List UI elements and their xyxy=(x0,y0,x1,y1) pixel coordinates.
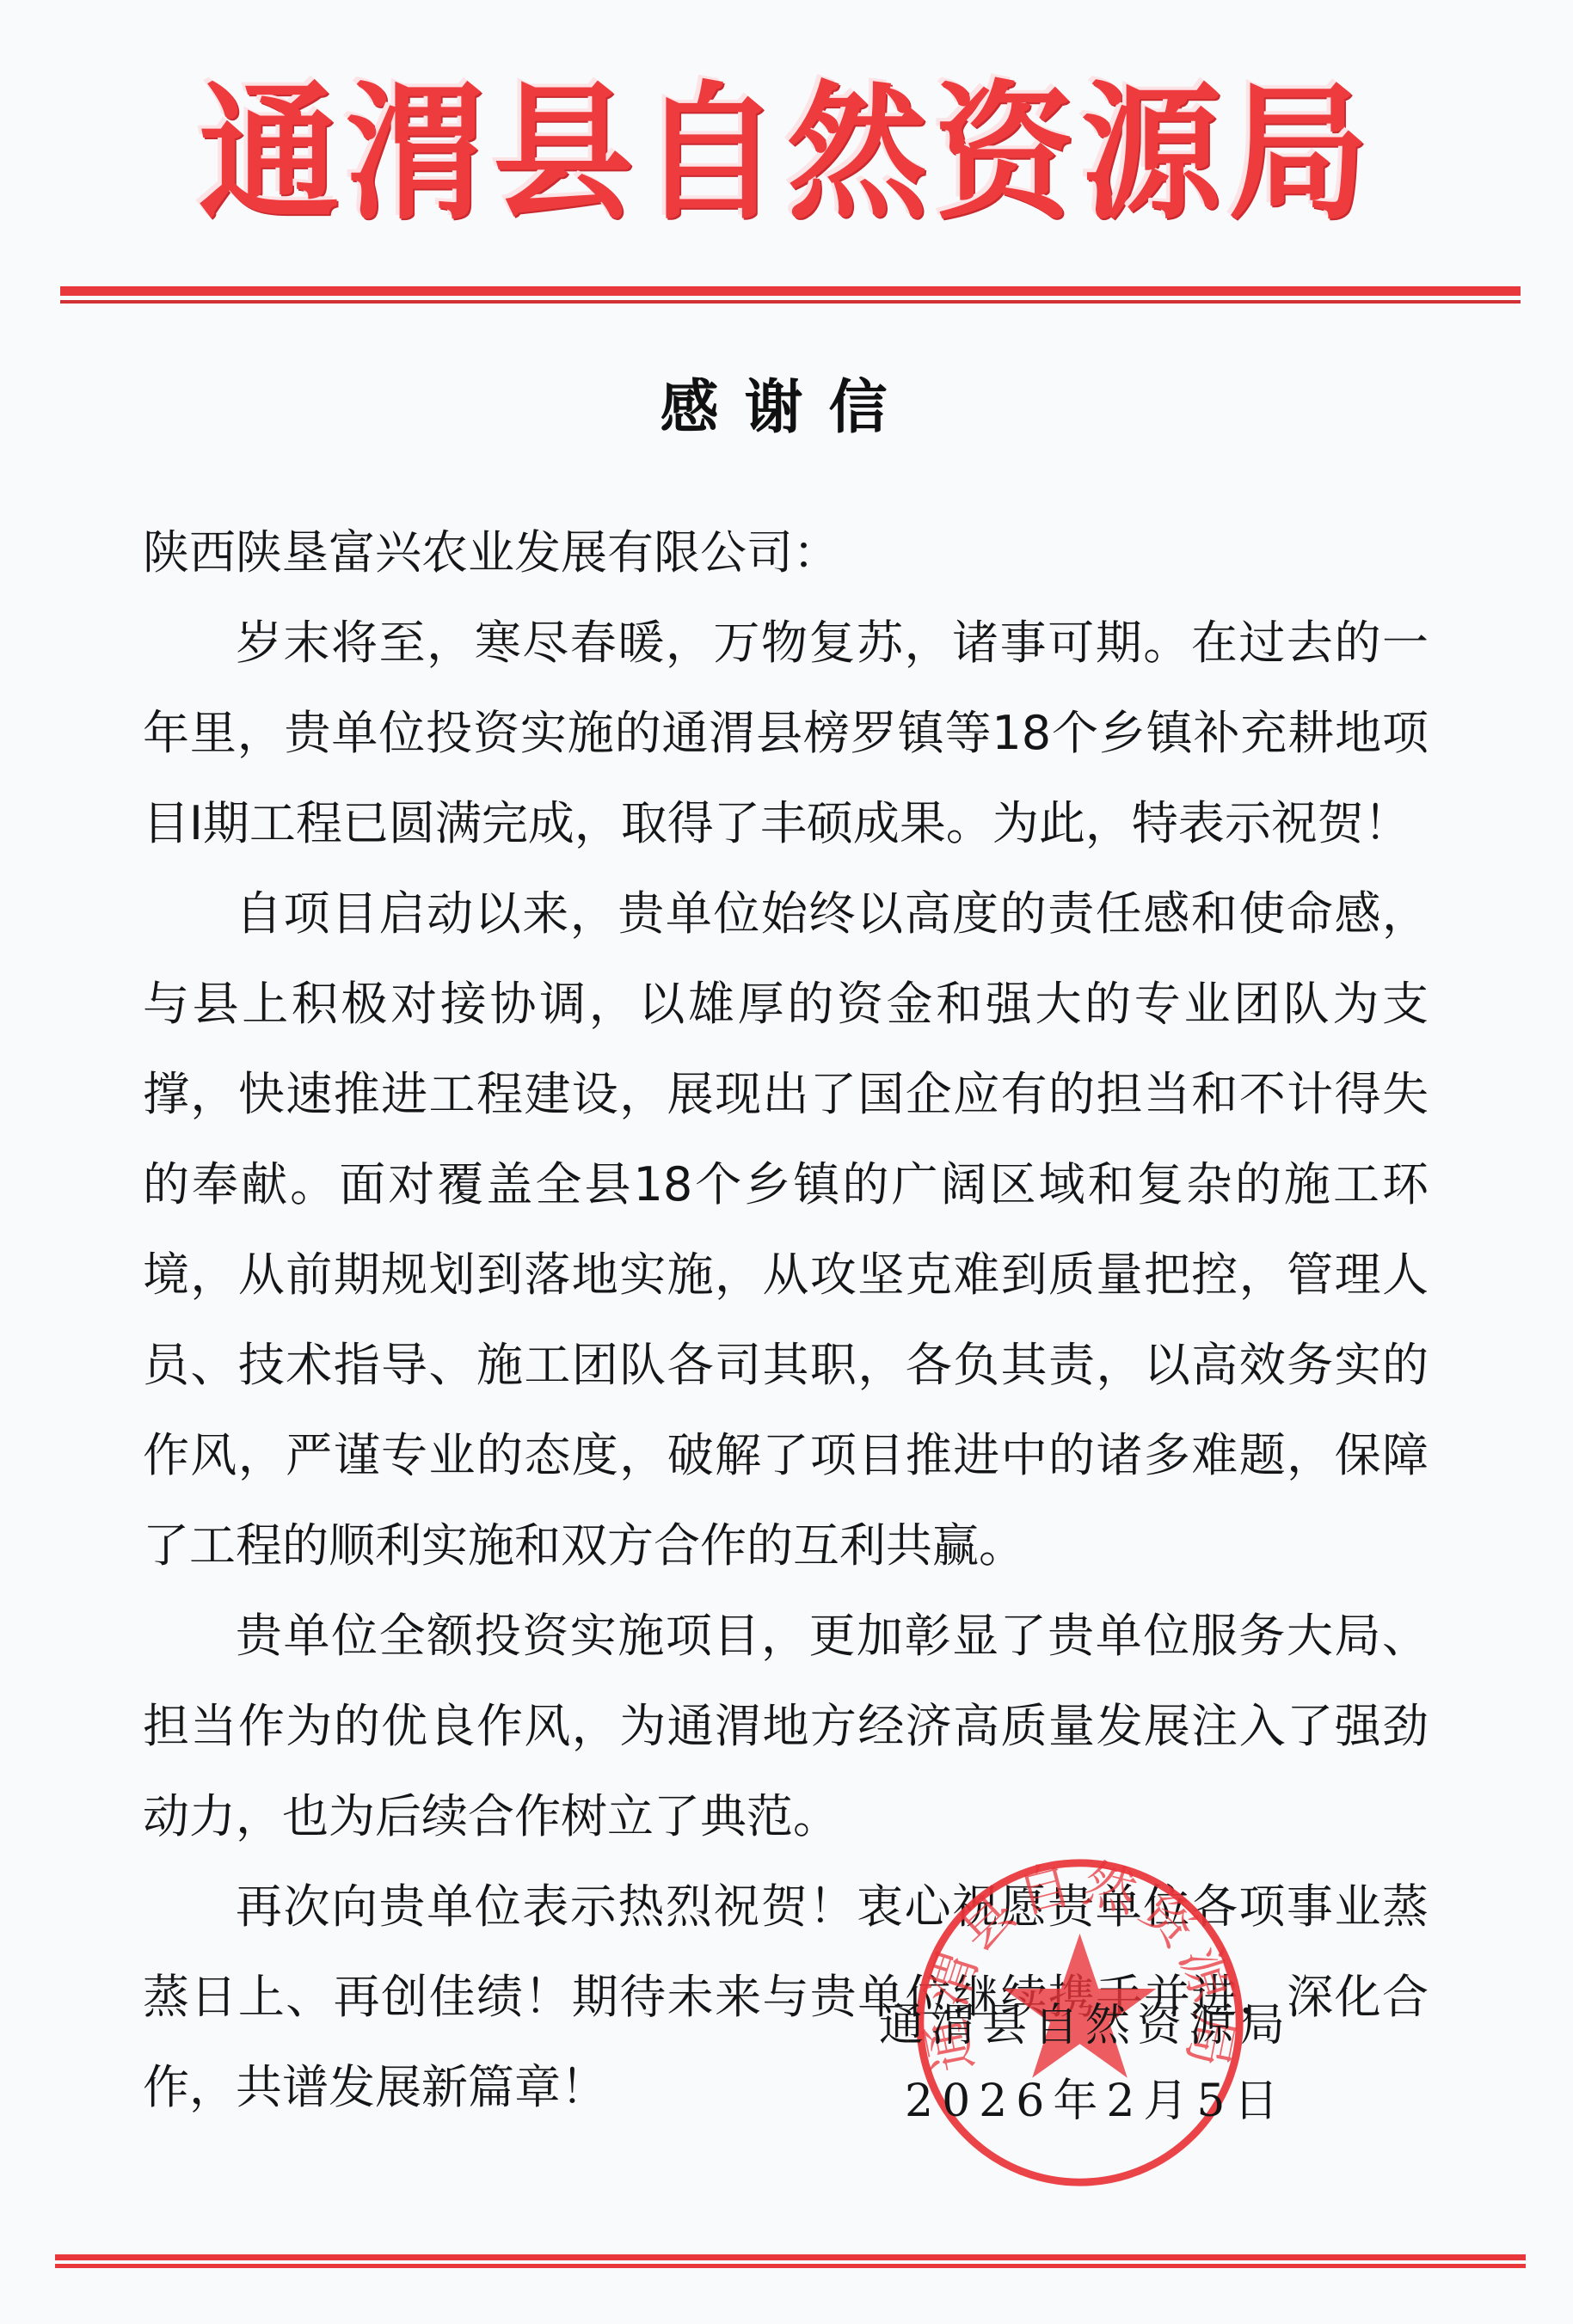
letterhead-divider-thick xyxy=(60,286,1521,296)
signature-organization: 通渭县自然资源局 xyxy=(879,1988,1292,2063)
paragraph-1: 岁末将至，寒尽春暖，万物复苏，诸事可期。在过去的一年里，贵单位投资实施的通渭县榜… xyxy=(143,598,1429,868)
footer-divider-thick xyxy=(55,2254,1526,2260)
letterhead-organization-name: 通渭县自然资源局 xyxy=(145,67,1429,239)
document-title: 感谢信 xyxy=(0,361,1573,445)
letterhead-divider-thin xyxy=(60,300,1521,304)
paragraph-3: 贵单位全额投资实施项目，更加彰显了贵单位服务大局、担当作为的优良作风，为通渭地方… xyxy=(143,1591,1429,1861)
footer-divider-thin xyxy=(55,2264,1526,2268)
salutation: 陕西陕垦富兴农业发展有限公司： xyxy=(143,507,1429,598)
paragraph-2: 自项目启动以来，贵单位始终以高度的责任感和使命感，与县上积极对接协调，以雄厚的资… xyxy=(143,868,1429,1591)
signature-date: 2026年2月5日 xyxy=(879,2063,1292,2139)
signature-block: 通渭县自然资源局 2026年2月5日 xyxy=(879,1988,1292,2139)
